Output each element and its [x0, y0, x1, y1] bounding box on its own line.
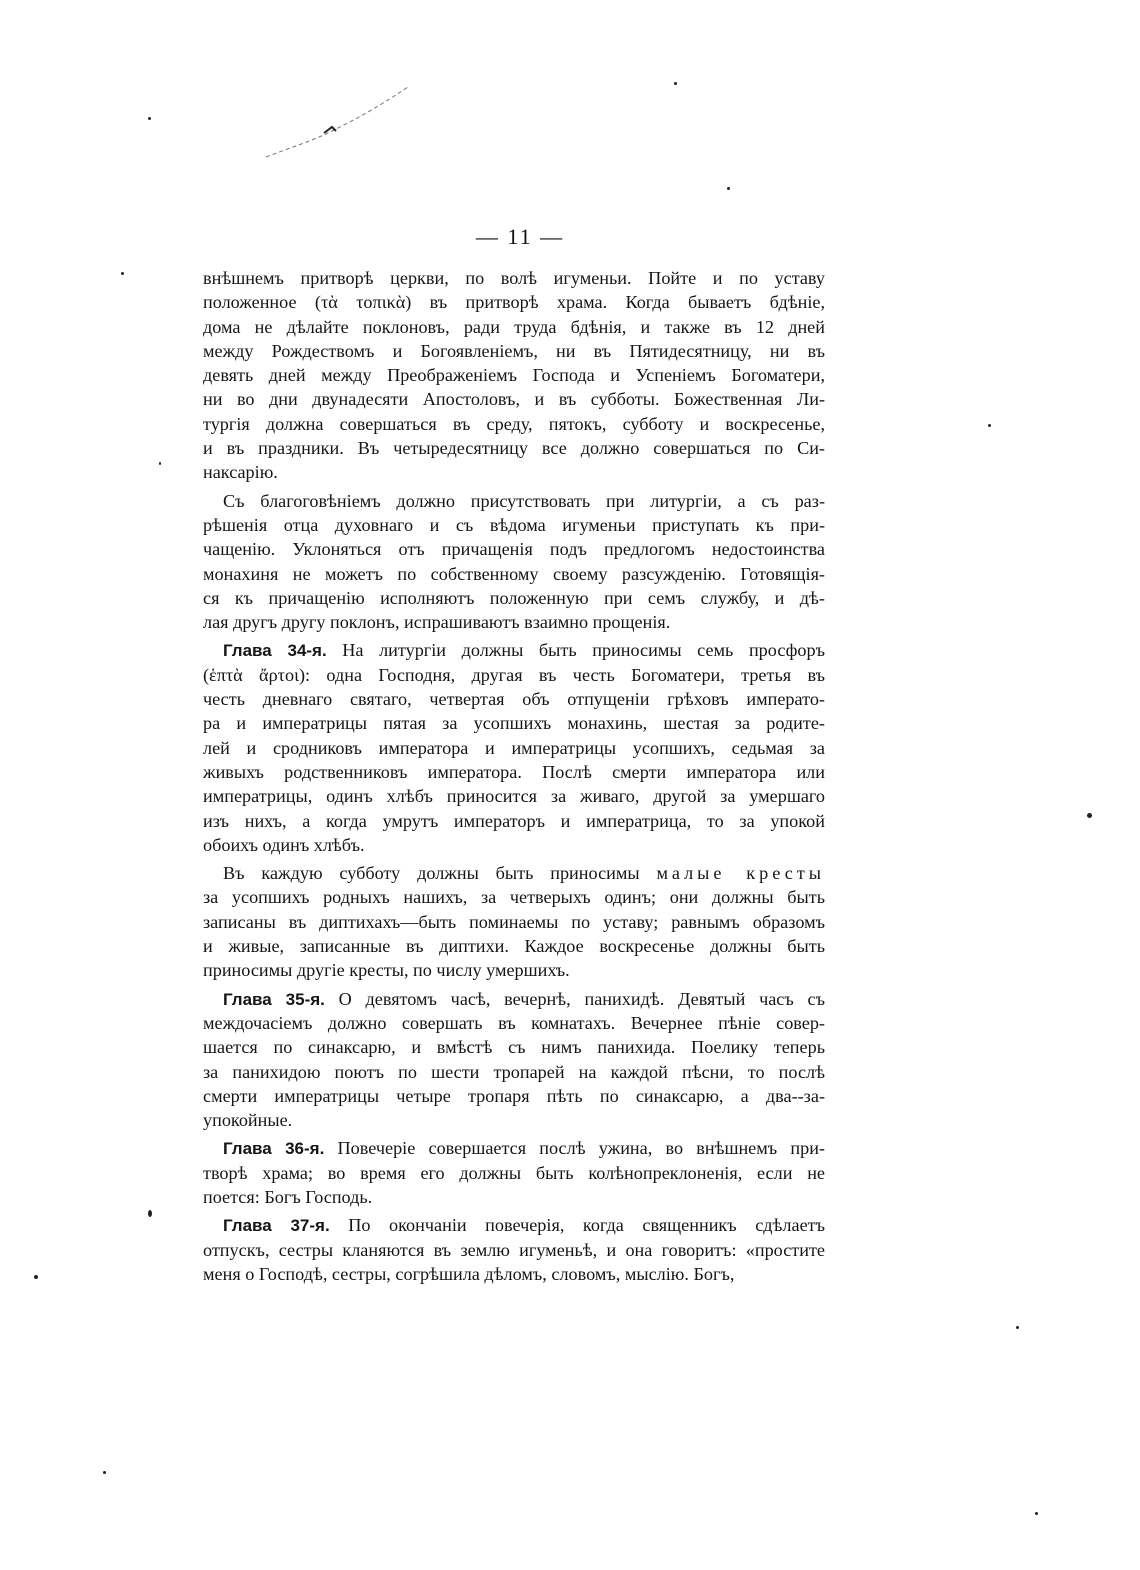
line-text: записаны въ диптихахъ—быть поминаемы по …: [203, 912, 825, 932]
text-line: Съ благоговѣніемъ должно присутствовать …: [203, 489, 825, 513]
speck: [103, 1471, 106, 1474]
text-line: ни во дни двунадесяти Апостоловъ, и въ с…: [203, 387, 825, 411]
line-text: ра и императрицы пятая за усопшихъ монах…: [203, 713, 825, 733]
text-line: обоихъ одинъ хлѣбъ.: [203, 833, 825, 857]
text-line: между Рождествомъ и Богоявленіемъ, ни въ…: [203, 339, 825, 363]
speck: [34, 1275, 38, 1279]
text-line: приносимы другіе кресты, по числу умерши…: [203, 958, 825, 982]
text-line: императрицы, одинъ хлѣбъ приносится за ж…: [203, 784, 825, 808]
line-text: отпускъ, сестры кланяются въ землю игуме…: [203, 1240, 825, 1260]
text-line: ся къ причащенію исполняютъ положенную п…: [203, 586, 825, 610]
text-line: лая другъ другу поклонъ, испрашиваютъ вз…: [203, 610, 825, 634]
text-line: живыхъ родственниковъ императора. Послѣ …: [203, 760, 825, 784]
text-line: шается по синаксарю, и вмѣстѣ съ нимъ па…: [203, 1035, 825, 1059]
text-line: чащенію. Уклоняться отъ причащенія подъ …: [203, 537, 825, 561]
text-line: меня о Господѣ, сестры, согрѣшила дѣломъ…: [203, 1262, 825, 1286]
line-text: Въ каждую субботу должны быть приносимы …: [223, 863, 825, 883]
line-text: Повечеріе совершается послѣ ужина, во вн…: [324, 1138, 825, 1158]
text-line: изъ нихъ, а когда умрутъ императоръ и им…: [203, 809, 825, 833]
text-line: рѣшенія отца духовнаго и съ вѣдома игуме…: [203, 513, 825, 537]
line-text: междочасіемъ должно совершать въ комната…: [203, 1013, 825, 1033]
text-line: Глава 34-я. На литургіи должны быть прин…: [203, 638, 825, 662]
speck: [148, 117, 151, 120]
text-line: Глава 36-я. Повечеріе совершается послѣ …: [203, 1136, 825, 1160]
text-line: тургія должна совершаться въ среду, пято…: [203, 412, 825, 436]
speck: [674, 82, 677, 85]
body-text: внѣшнемъ притворѣ церкви, по волѣ игумен…: [203, 266, 825, 1290]
chapter-heading: Глава 36-я.: [223, 1139, 324, 1158]
chapter-heading: Глава 37-я.: [223, 1216, 330, 1235]
text-line: творѣ храма; во время его должны быть ко…: [203, 1161, 825, 1185]
chapter-paragraph: Глава 35-я. О девятомъ часѣ, вечернѣ, па…: [203, 987, 825, 1133]
speck: [988, 424, 991, 427]
scanned-page: — 11 — внѣшнемъ притворѣ церкви, по волѣ…: [0, 0, 1140, 1570]
line-text: ся къ причащенію исполняютъ положенную п…: [203, 588, 825, 608]
text-line: ра и императрицы пятая за усопшихъ монах…: [203, 711, 825, 735]
line-text: живыхъ родственниковъ императора. Послѣ …: [203, 762, 825, 782]
line-text: приносимы другіе кресты, по числу умерши…: [203, 960, 570, 980]
line-text: шается по синаксарю, и вмѣстѣ съ нимъ па…: [203, 1037, 825, 1057]
chapter-paragraph: Глава 34-я. На литургіи должны быть прин…: [203, 638, 825, 857]
text-line: Въ каждую субботу должны быть приносимы …: [203, 861, 825, 885]
text-line: монахиня не можетъ по собственному своем…: [203, 562, 825, 586]
line-text: наксарію.: [203, 462, 278, 482]
line-text: обоихъ одинъ хлѣбъ.: [203, 835, 365, 855]
line-text: Съ благоговѣніемъ должно присутствовать …: [223, 491, 825, 511]
chapter-heading: Глава 35-я.: [223, 990, 325, 1009]
text-line: и въ праздники. Въ четыредесятницу все д…: [203, 436, 825, 460]
text-line: честь дневнаго святаго, четвертая объ от…: [203, 687, 825, 711]
line-text: По окончаніи повечерія, когда священникъ…: [330, 1215, 825, 1235]
text-line: и живые, записанные въ диптихи. Каждое в…: [203, 934, 825, 958]
line-text: и живые, записанные въ диптихи. Каждое в…: [203, 936, 825, 956]
line-text: На литургіи должны быть приносимы семь п…: [327, 640, 825, 660]
text-line: Глава 37-я. По окончаніи повечерія, когд…: [203, 1213, 825, 1237]
text-line: дома не дѣлайте поклоновъ, ради труда бд…: [203, 315, 825, 339]
line-text: честь дневнаго святаго, четвертая объ от…: [203, 689, 825, 709]
text-line: смерти императрицы четыре тропаря пѣть п…: [203, 1084, 825, 1108]
line-text: девять дней между Преображеніемъ Господа…: [203, 365, 825, 385]
line-text: ни во дни двунадесяти Апостоловъ, и въ с…: [203, 389, 825, 409]
paragraph: внѣшнемъ притворѣ церкви, по волѣ игумен…: [203, 266, 825, 485]
text-line: поется: Богъ Господь.: [203, 1185, 825, 1209]
line-text: дома не дѣлайте поклоновъ, ради труда бд…: [203, 317, 825, 337]
speck: [121, 272, 124, 275]
text-line: за панихидою поютъ по шести тропарей на …: [203, 1060, 825, 1084]
line-text: (ἑπτὰ ἄρτοι): одна Господня, другая въ ч…: [203, 665, 825, 685]
line-text: лая другъ другу поклонъ, испрашиваютъ вз…: [203, 612, 670, 632]
line-text: чащенію. Уклоняться отъ причащенія подъ …: [203, 539, 825, 559]
chapter-paragraph: Глава 36-я. Повечеріе совершается послѣ …: [203, 1136, 825, 1209]
text-line: отпускъ, сестры кланяются въ землю игуме…: [203, 1238, 825, 1262]
line-text: за панихидою поютъ по шести тропарей на …: [203, 1062, 825, 1082]
line-text: положенное (τὰ τοπικὰ) въ притворѣ храма…: [203, 292, 825, 312]
text-line: лей и сродниковъ императора и императриц…: [203, 736, 825, 760]
scan-artifact-stroke: [262, 75, 412, 165]
speck: [159, 462, 161, 465]
line-text: и въ праздники. Въ четыредесятницу все д…: [203, 438, 825, 458]
text-line: междочасіемъ должно совершать въ комната…: [203, 1011, 825, 1035]
text-line: девять дней между Преображеніемъ Господа…: [203, 363, 825, 387]
line-text: О девятомъ часѣ, вечернѣ, панихидѣ. Девя…: [325, 989, 825, 1009]
line-text: творѣ храма; во время его должны быть ко…: [203, 1163, 825, 1183]
paragraph: Въ каждую субботу должны быть приносимы …: [203, 861, 825, 982]
text-line: (ἑπτὰ ἄρτοι): одна Господня, другая въ ч…: [203, 663, 825, 687]
speck: [727, 187, 730, 190]
text-line: положенное (τὰ τοπικὰ) въ притворѣ храма…: [203, 290, 825, 314]
speck: [148, 1210, 152, 1217]
text-line: записаны въ диптихахъ—быть поминаемы по …: [203, 910, 825, 934]
speck: [1087, 813, 1092, 818]
line-text: смерти императрицы четыре тропаря пѣть п…: [203, 1086, 825, 1106]
line-text: изъ нихъ, а когда умрутъ императоръ и им…: [203, 811, 825, 831]
line-text: поется: Богъ Господь.: [203, 1187, 372, 1207]
chapter-paragraph: Глава 37-я. По окончаніи повечерія, когд…: [203, 1213, 825, 1286]
line-text: между Рождествомъ и Богоявленіемъ, ни въ…: [203, 341, 825, 361]
speck: [1016, 1326, 1019, 1329]
text-line: Глава 35-я. О девятомъ часѣ, вечернѣ, па…: [203, 987, 825, 1011]
text-line: внѣшнемъ притворѣ церкви, по волѣ игумен…: [203, 266, 825, 290]
text-line: наксарію.: [203, 460, 825, 484]
line-text: меня о Господѣ, сестры, согрѣшила дѣломъ…: [203, 1264, 734, 1284]
line-text: монахиня не можетъ по собственному своем…: [203, 564, 825, 584]
line-text: упокойные.: [203, 1110, 292, 1130]
emphasized-phrase: малые кресты: [656, 863, 825, 883]
line-text: лей и сродниковъ императора и императриц…: [203, 738, 825, 758]
speck: [1035, 1512, 1038, 1515]
line-text: внѣшнемъ притворѣ церкви, по волѣ игумен…: [203, 268, 825, 288]
line-text: тургія должна совершаться въ среду, пято…: [203, 414, 825, 434]
line-text: императрицы, одинъ хлѣбъ приносится за ж…: [203, 786, 825, 806]
text-line: за усопшихъ родныхъ нашихъ, за четверыхъ…: [203, 885, 825, 909]
paragraph: Съ благоговѣніемъ должно присутствовать …: [203, 489, 825, 635]
line-text: рѣшенія отца духовнаго и съ вѣдома игуме…: [203, 515, 825, 535]
text-line: упокойные.: [203, 1108, 825, 1132]
line-text: за усопшихъ родныхъ нашихъ, за четверыхъ…: [203, 887, 825, 907]
chapter-heading: Глава 34-я.: [223, 641, 327, 660]
page-number: — 11 —: [0, 224, 1040, 250]
